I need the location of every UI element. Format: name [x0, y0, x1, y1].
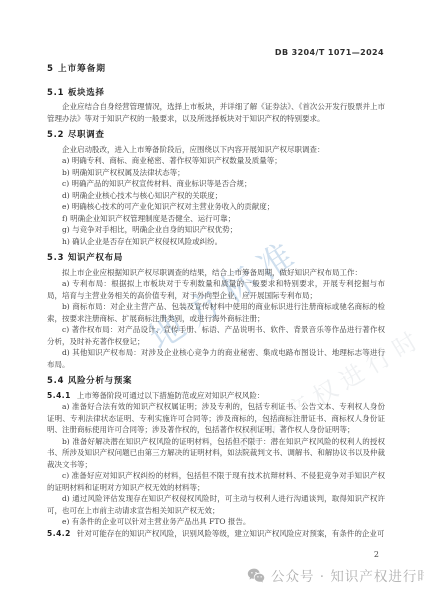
list-item: h) 确认企业是否存在知识产权侵权风险或纠纷。 — [47, 236, 385, 248]
list-item: a) 准备好合法有效的知识产权权属证明；涉及专利的，包括专利证书、公告文本、专利… — [47, 401, 385, 436]
clause-text: 针对可能存在的知识产权风险，识别风险等级，建立知识产权风险应对预案，有条件的企业… — [77, 529, 385, 538]
section-5-2-intro: 企业启动股改，进入上市筹备阶段后，应围绕以下内容开展知识产权尽职调查： — [47, 144, 385, 156]
list-item: b) 准备好解决潜在知识产权风险的证明材料，包括但不限于：潜在知识产权风险的权利… — [47, 436, 385, 471]
section-5-1-paragraph: 企业应结合自身经营管理情况，选择上市板块，并详细了解《证券法》、《首次公开发行股… — [47, 101, 385, 124]
list-item: e) 有条件的企业可以针对主营业务产品出具 FTO 报告。 — [47, 516, 385, 528]
clause-5-4-2: 5.4.2针对可能存在的知识产权风险，识别风险等级，建立知识产权风险应对预案，有… — [47, 528, 385, 540]
list-item: g) 与竞争对手相比，明确企业自身的知识产权优势； — [47, 224, 385, 236]
list-item: b) 商标布局：对企业主营产品、包装及宣传材料中使用的商业标识进行注册商标或驰名… — [47, 301, 385, 324]
section-5-4-heading: 5.4 风险分析与预案 — [47, 375, 385, 387]
document-body: 5 上市筹备期 5.1 板块选择 企业应结合自身经营管理情况，选择上市板块，并详… — [47, 64, 385, 539]
section-5-2-heading: 5.2 尽职调查 — [47, 129, 385, 141]
wechat-account-watermark: 公众号 · 知识产权进行时 — [247, 565, 424, 585]
document-page: DB 3204/T 1071—2024 地方标准 知识产权进行时 5 上市筹备期… — [0, 0, 424, 600]
section-5-3-heading: 5.3 知识产权布局 — [47, 252, 385, 264]
page-number: 2 — [374, 550, 379, 559]
clause-number: 5.4.1 — [47, 391, 71, 400]
standard-doc-number: DB 3204/T 1071—2024 — [275, 48, 384, 57]
wechat-icon — [247, 568, 265, 583]
section-5-1-heading: 5.1 板块选择 — [47, 87, 385, 99]
list-item: a) 专利布局：根据拟上市板块对于专利数量和质量的一般要求和特别要求，开展专利挖… — [47, 278, 385, 301]
list-item: d) 其他知识产权布局：对涉及企业核心竞争力的商业秘密、集成电路布图设计、地理标… — [47, 347, 385, 370]
section-5-heading: 5 上市筹备期 — [47, 64, 385, 76]
clause-5-4-1: 5.4.1上市筹备阶段可通过以下措施防范或应对知识产权风险： — [47, 390, 385, 402]
list-item: c) 准备好应对知识产权纠纷的材料，包括但不限于现有技术抗辩材料、不侵犯竞争对手… — [47, 470, 385, 493]
list-item: d) 明确企业核心技术与核心知识产权的关联度； — [47, 190, 385, 202]
list-item: c) 著作权布局：对产品设计、宣传手册、标语、产品说明书、软件、背景音乐等作品进… — [47, 324, 385, 347]
list-item: e) 明确核心技术的可产业化知识产权对主营业务收入的贡献度； — [47, 201, 385, 213]
section-5-3-intro: 拟上市企业应根据知识产权尽职调查的结果，结合上市筹备周期，做好知识产权布局工作： — [47, 267, 385, 279]
list-item: f) 明确企业知识产权管理制度是否健全、运行可靠； — [47, 213, 385, 225]
list-item: c) 明确产品的知识产权宣传材料、商业标识等是否合规； — [47, 178, 385, 190]
list-item: a) 明确专利、商标、商业秘密、著作权等知识产权数量及质量等； — [47, 155, 385, 167]
clause-number: 5.4.2 — [47, 529, 71, 538]
list-item: d) 通过风险评估发现存在知识产权侵权风险时，可主动与权利人进行沟通谈判，取得知… — [47, 493, 385, 516]
clause-text: 上市筹备阶段可通过以下措施防范或应对知识产权风险： — [77, 391, 265, 400]
list-item: b) 明确知识产权权属及法律状态等； — [47, 167, 385, 179]
wechat-account-label: 公众号 · 知识产权进行时 — [271, 565, 424, 585]
